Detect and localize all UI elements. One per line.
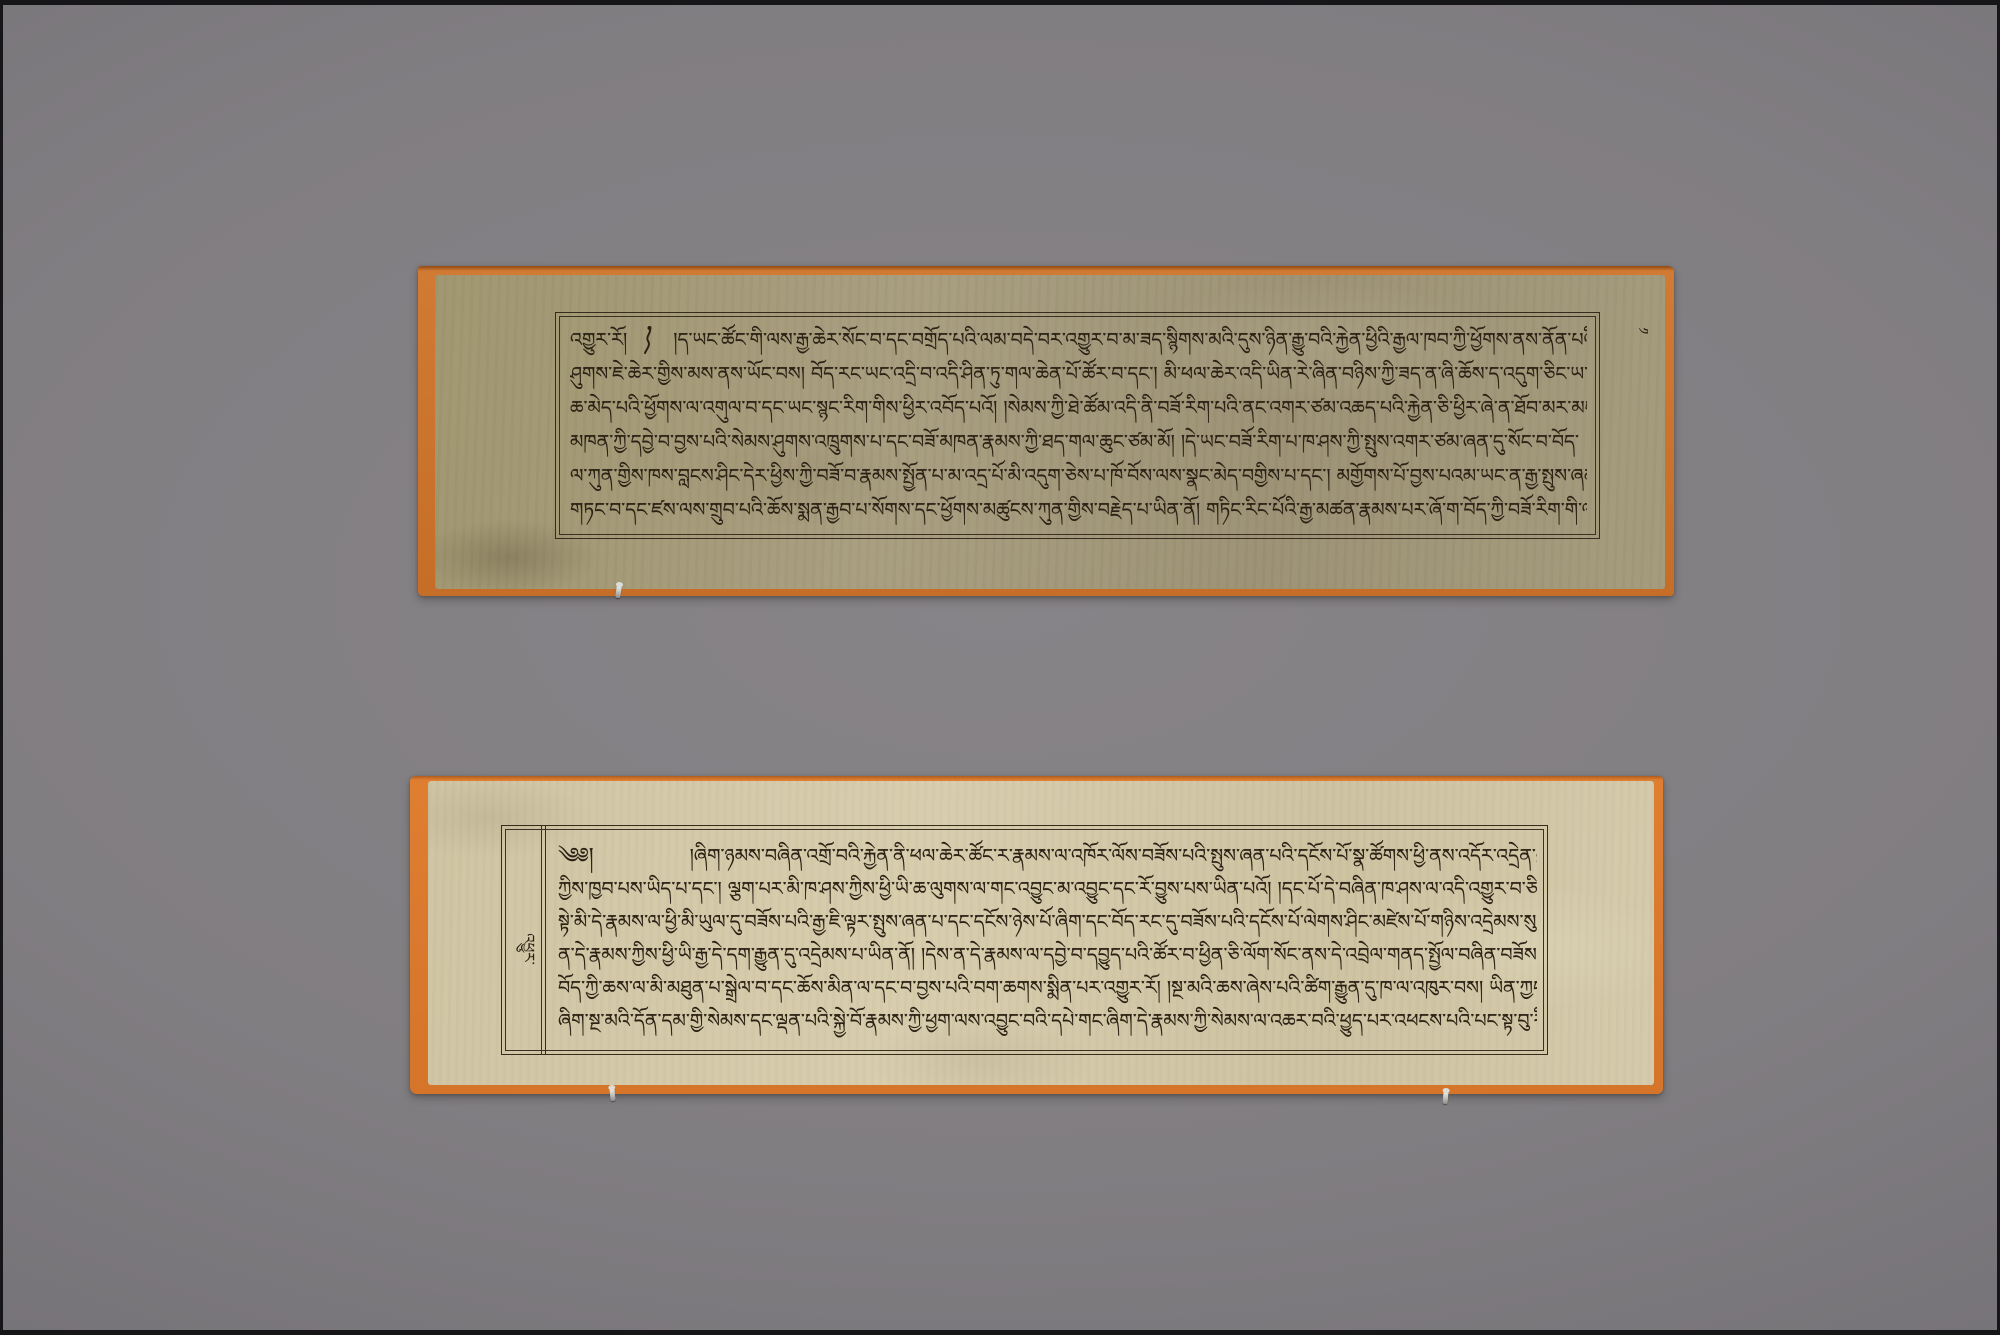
text-line: ལ་ཀུན་གྱིས་ཁས་བླངས་ཤིང་དེར་ཕྱིས་ཀྱི་བཟོ་…: [570, 459, 1587, 493]
mounting-pin: [615, 585, 622, 599]
mounting-pin: [1442, 1091, 1448, 1104]
text-line: ༄༅། །ཞིག་ཉམས་བཞིན་འགྲོ་བའི་རྐྱེན་ནི་ཕལ་ཆ…: [558, 840, 1537, 873]
yig-mgo-head-ornament: ༄༅།: [558, 840, 594, 873]
bottom-text-frame: འཕྱུར་ ༄༅། །ཞིག་ཉམས་བཞིན་འགྲོ་བའི་རྐྱེན་…: [501, 825, 1548, 1055]
margin-title-label: འཕྱུར་: [503, 933, 545, 965]
bottom-folio: འཕྱུར་ ༄༅། །ཞིག་ཉམས་བཞིན་འགྲོ་བའི་རྐྱེན་…: [410, 776, 1663, 1094]
text-line: འགྱུར་རོ། །ད་ཡང་ཚོང་གི་ལས་རྒྱ་ཆེར་སོང་བ་…: [570, 323, 1587, 357]
top-folio: ༡ འགྱུར་རོ། །ད་ཡང་ཚོང་གི་ལས་རྒྱ་ཆེར་སོང་…: [418, 266, 1674, 596]
bottom-folio-paper: འཕྱུར་ ༄༅། །ཞིག་ཉམས་བཞིན་འགྲོ་བའི་རྐྱེན་…: [428, 781, 1654, 1085]
text-line: ཤུགས་ཇེ་ཆེར་གྱིས་མས་ནས་ཡོང་བས། བོད་རང་ཡང…: [570, 357, 1587, 391]
photograph-background: ༡ འགྱུར་རོ། །ད་ཡང་ཚོང་གི་ལས་རྒྱ་ཆེར་སོང་…: [0, 0, 2000, 1335]
scribal-flourish-mark: [641, 325, 655, 355]
folio-number-mark: ༡: [1620, 327, 1660, 335]
margin-title-cell: འཕྱུར་: [502, 826, 546, 1054]
text-line: སྟེ་མི་དེ་རྣམས་ལ་ཕྱི་མི་ཡུལ་དུ་བཟོས་པའི་…: [558, 906, 1537, 939]
text-line-content: །ད་ཡང་ཚོང་གི་ལས་རྒྱ་ཆེར་སོང་བ་དང་བགྲོད་པ…: [673, 323, 1587, 357]
text-line: མཁན་ཀྱི་དབྱེ་བ་བྱས་པའི་སེམས་ཤུགས་འཁྲུགས་…: [570, 425, 1587, 459]
bottom-text-area: ༄༅། །ཞིག་ཉམས་བཞིན་འགྲོ་བའི་རྐྱེན་ནི་ཕལ་ཆ…: [546, 826, 1547, 1054]
margin-note: འགྱུར་རོ།: [570, 323, 627, 357]
text-line: ཆ་མེད་པའི་ཕྱོགས་ལ་འགུལ་བ་དང་ཡང་སྙང་རིག་ག…: [570, 391, 1587, 425]
top-text-frame: འགྱུར་རོ། །ད་ཡང་ཚོང་གི་ལས་རྒྱ་ཆེར་སོང་བ་…: [555, 312, 1600, 539]
text-line: ཞིག་སྔ་མའི་དོན་དམ་གྱི་སེམས་དང་ལྡན་པའི་སྐ…: [558, 1005, 1537, 1038]
text-line: གཏང་བ་དང་ཛས་ལས་གྲུབ་པའི་ཆོས་སྨན་རྒྱབ་པ་ས…: [570, 493, 1587, 527]
text-line: བོད་ཀྱི་ཆས་ལ་མི་མཐུན་པ་སྒྲེལ་བ་དང་ཆོས་མི…: [558, 972, 1537, 1005]
top-text-area: འགྱུར་རོ། །ད་ཡང་ཚོང་གི་ལས་རྒྱ་ཆེར་སོང་བ་…: [556, 313, 1599, 527]
text-line-content: །ཞིག་ཉམས་བཞིན་འགྲོ་བའི་རྐྱེན་ནི་ཕལ་ཆེར་ཚ…: [690, 840, 1537, 873]
text-line: ན་དེ་རྣམས་ཀྱིས་ཕྱི་ཡི་རྒྱ་དེ་དག་རྒྱུན་དུ…: [558, 939, 1537, 972]
top-folio-paper: ༡ འགྱུར་རོ། །ད་ཡང་ཚོང་གི་ལས་རྒྱ་ཆེར་སོང་…: [435, 275, 1665, 589]
text-line: ཀྱིས་ཁྱབ་པས་ཡིད་པ་དང་། ལྕག་པར་མི་ཁ་ཤས་ཀྱ…: [558, 873, 1537, 906]
